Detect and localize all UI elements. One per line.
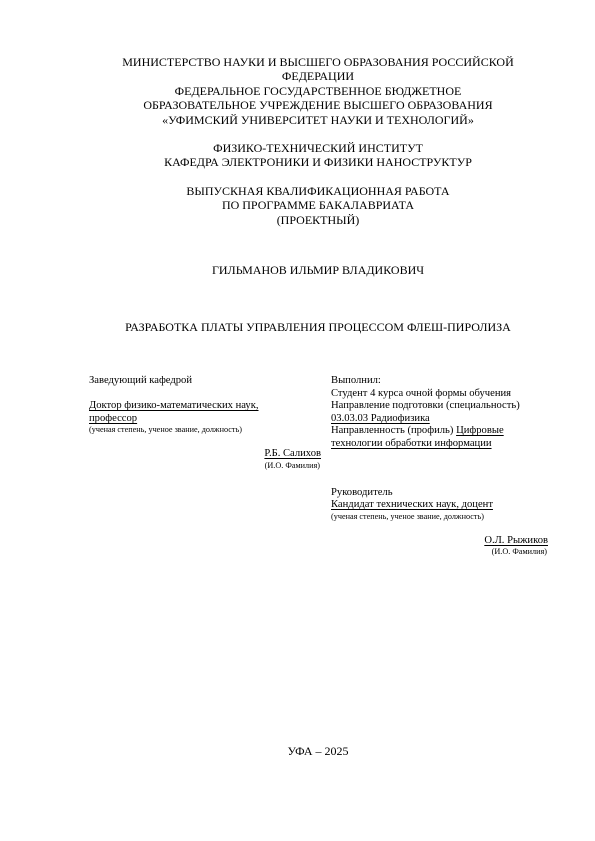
- work-type: ВЫПУСКНАЯ КВАЛИФИКАЦИОННАЯ РАБОТА: [88, 184, 548, 198]
- department-name: КАФЕДРА ЭЛЕКТРОНИКИ И ФИЗИКИ НАНОСТРУКТУ…: [88, 155, 548, 169]
- profile-label: Направленность (профиль): [331, 425, 453, 436]
- hod-name-caption: (И.О. Фамилия): [89, 461, 321, 471]
- hod-degree-line1: Доктор физико-математических наук,: [89, 400, 321, 413]
- student-status: Студент 4 курса очной формы обучения: [331, 388, 548, 401]
- hod-role: Заведующий кафедрой: [89, 375, 321, 388]
- header-line: ФЕДЕРАЦИИ: [88, 69, 548, 83]
- direction-value: 03.03.03 Радиофизика: [331, 413, 430, 424]
- supervisor-role: Руководитель: [331, 487, 548, 500]
- header-line: МИНИСТЕРСТВО НАУКИ И ВЫСШЕГО ОБРАЗОВАНИЯ…: [88, 55, 548, 69]
- profile-value-part2: технологии обработки информации: [331, 438, 492, 449]
- institute-section: ФИЗИКО-ТЕХНИЧЕСКИЙ ИНСТИТУТ КАФЕДРА ЭЛЕК…: [88, 141, 548, 170]
- supervisor-degree-caption: (ученая степень, ученое звание, должност…: [331, 512, 548, 522]
- student-role: Выполнил:: [331, 375, 548, 388]
- work-program: ПО ПРОГРАММЕ БАКАЛАВРИАТА: [88, 198, 548, 212]
- work-type-section: ВЫПУСКНАЯ КВАЛИФИКАЦИОННАЯ РАБОТА ПО ПРО…: [88, 184, 548, 227]
- author-name: ГИЛЬМАНОВ ИЛЬМИР ВЛАДИКОВИЧ: [88, 263, 548, 277]
- hod-degree-caption: (ученая степень, ученое звание, должност…: [89, 425, 321, 435]
- supervisor-name: О.Л. Рыжиков: [484, 535, 548, 546]
- supervisor-name-caption: (И.О. Фамилия): [331, 547, 548, 557]
- direction-label: Направление подготовки (специальность): [331, 400, 548, 413]
- header-line: ОБРАЗОВАТЕЛЬНОЕ УЧРЕЖДЕНИЕ ВЫСШЕГО ОБРАЗ…: [88, 98, 548, 112]
- city-year: УФА – 2025: [88, 744, 548, 758]
- head-of-department-section: Заведующий кафедрой Доктор физико-матема…: [89, 375, 321, 471]
- profile-value-part1: Цифровые: [456, 425, 504, 436]
- supervisor-degree: Кандидат технических наук, доцент: [331, 499, 493, 510]
- ministry-header: МИНИСТЕРСТВО НАУКИ И ВЫСШЕГО ОБРАЗОВАНИЯ…: [88, 55, 548, 127]
- hod-name: Р.Б. Салихов: [264, 448, 321, 459]
- hod-degree-line2: профессор: [89, 413, 137, 424]
- thesis-title: РАЗРАБОТКА ПЛАТЫ УПРАВЛЕНИЯ ПРОЦЕССОМ ФЛ…: [88, 320, 548, 334]
- header-line: «УФИМСКИЙ УНИВЕРСИТЕТ НАУКИ И ТЕХНОЛОГИЙ…: [88, 113, 548, 127]
- student-section: Выполнил: Студент 4 курса очной формы об…: [331, 375, 548, 557]
- work-kind: (ПРОЕКТНЫЙ): [88, 213, 548, 227]
- supervisor-section: Руководитель Кандидат технических наук, …: [331, 487, 548, 558]
- institute-name: ФИЗИКО-ТЕХНИЧЕСКИЙ ИНСТИТУТ: [88, 141, 548, 155]
- title-page: МИНИСТЕРСТВО НАУКИ И ВЫСШЕГО ОБРАЗОВАНИЯ…: [0, 0, 595, 841]
- header-line: ФЕДЕРАЛЬНОЕ ГОСУДАРСТВЕННОЕ БЮДЖЕТНОЕ: [88, 84, 548, 98]
